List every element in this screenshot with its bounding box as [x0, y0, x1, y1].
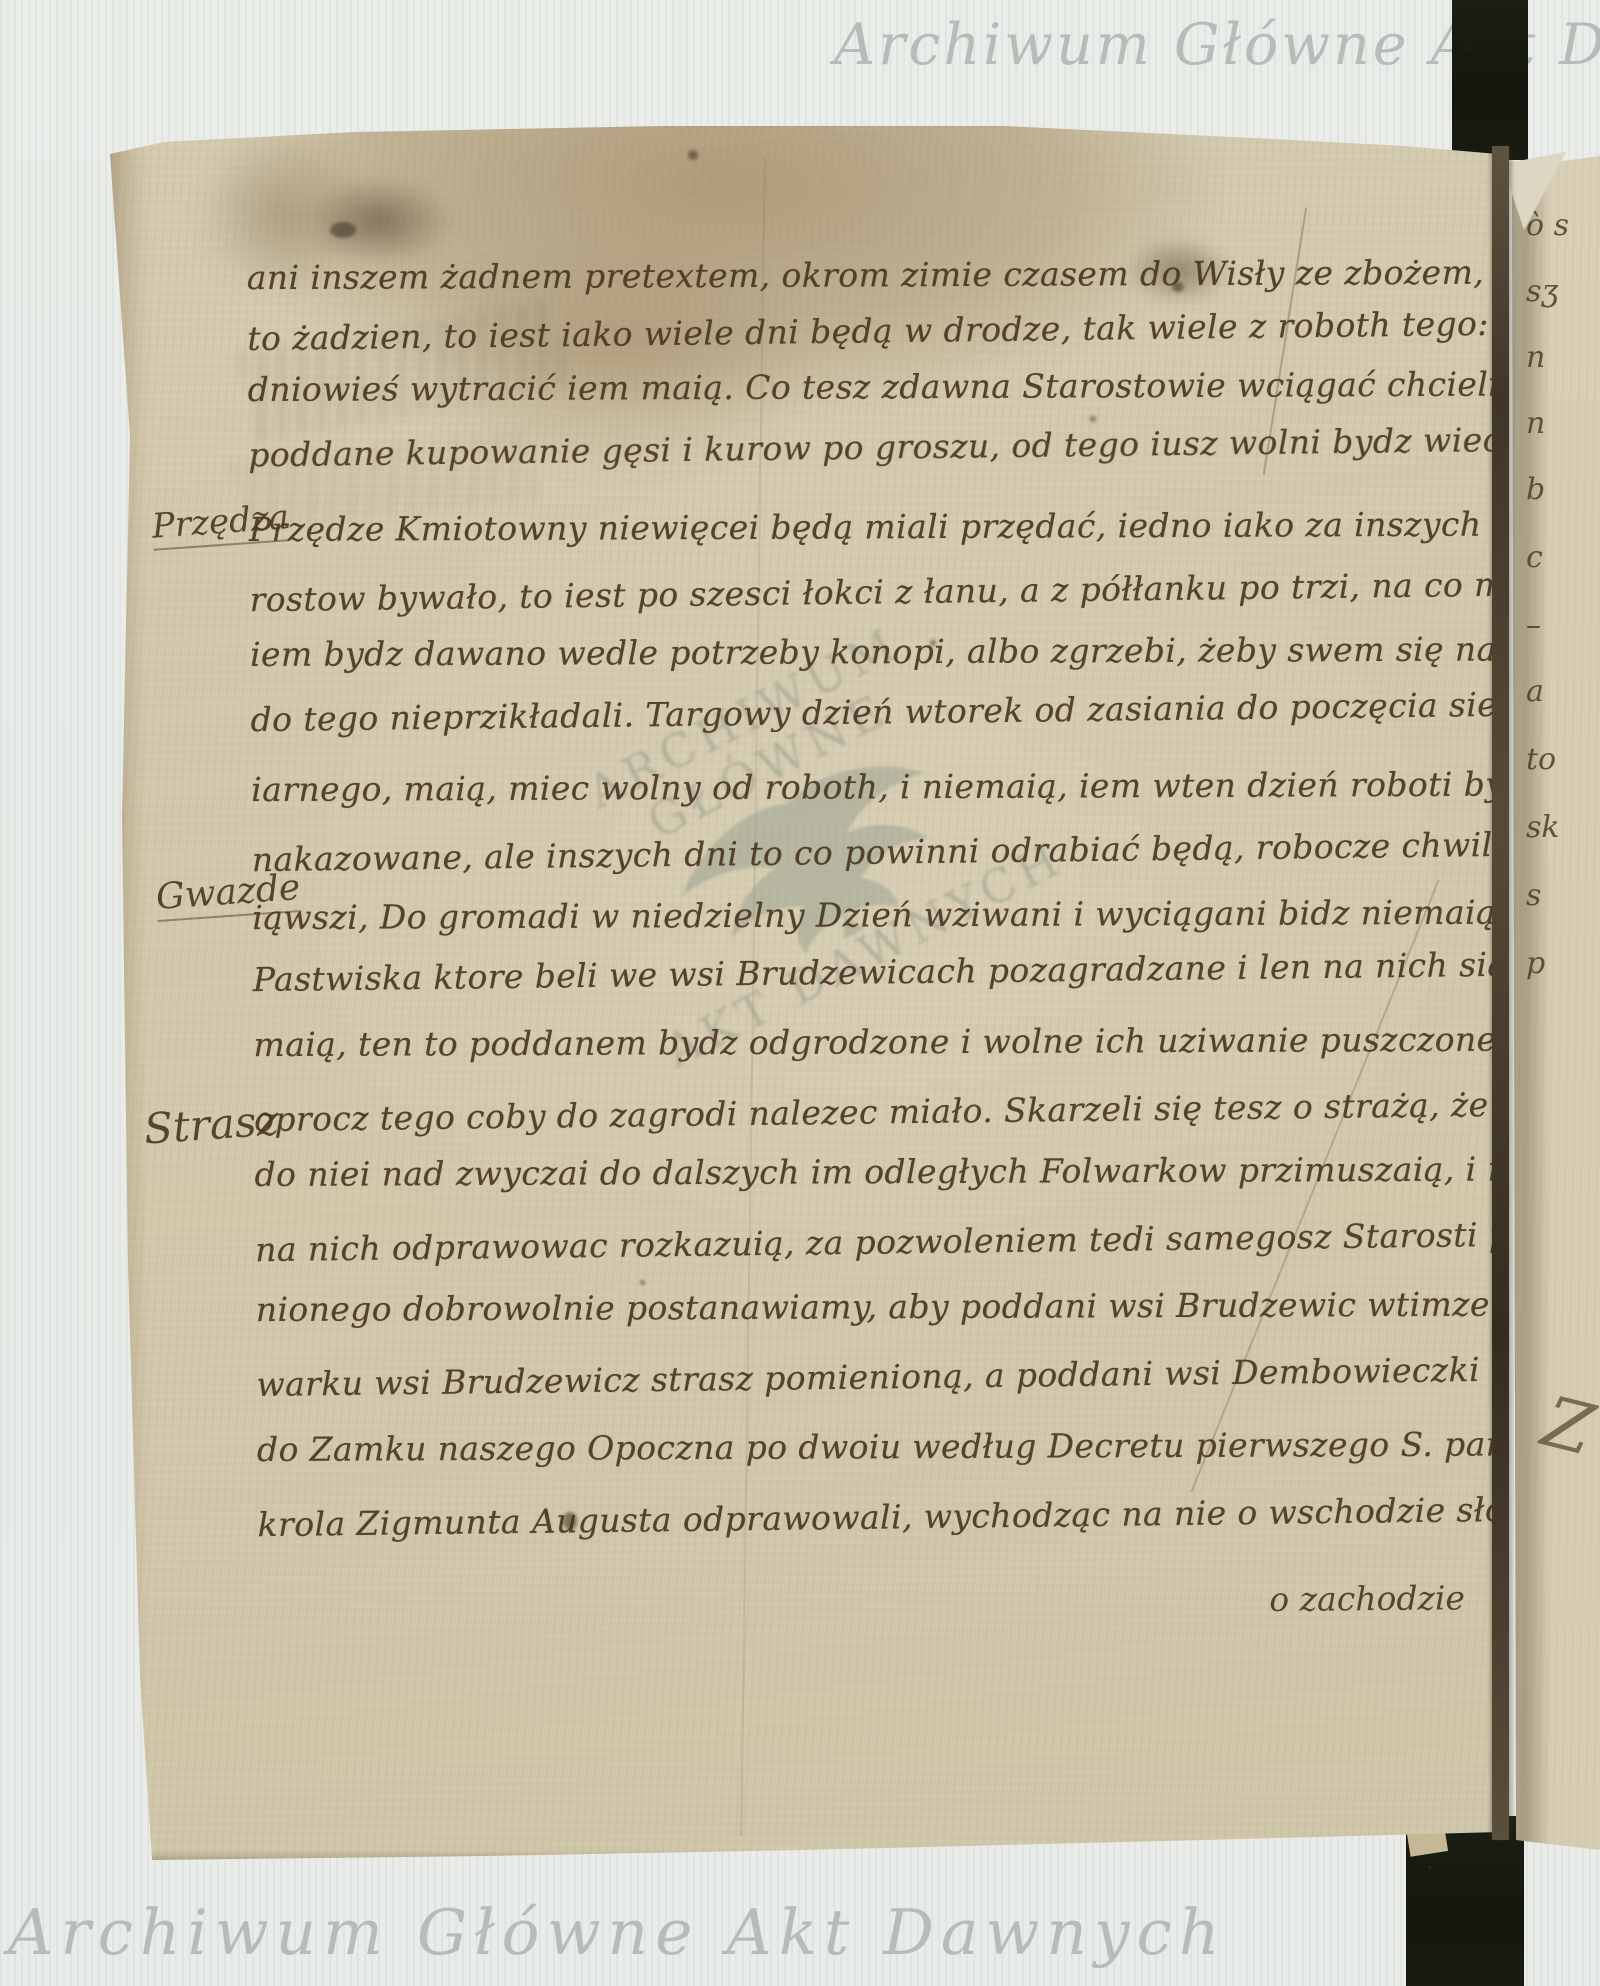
manuscript-line: poddane kupowanie gęsi i kurow po groszu… — [248, 418, 1600, 474]
next-page-edge: ò s sʒ n n b c – a to sk s p Z — [1510, 150, 1600, 1850]
manuscript-line: rostow bywało, to iest po szesci łokci z… — [249, 564, 1557, 619]
manuscript-line: Przędze Kmiotowny niewięcei będą miali p… — [249, 504, 1561, 549]
next-page-text-fragment: a — [1526, 674, 1544, 709]
next-page-text-fragment: to — [1526, 742, 1556, 777]
next-page-text-fragment: sʒ — [1526, 274, 1558, 309]
manuscript-line: krola Zigmunta Augusta odprawowali, wych… — [257, 1489, 1600, 1544]
manuscript-line: nionego dobrowolnie postanawiamy, aby po… — [256, 1284, 1554, 1329]
next-page-text-fragment: b — [1526, 472, 1545, 507]
manuscript-line: iarnego, maią, miec wolny od roboth, i n… — [251, 764, 1543, 809]
manuscript-line: warku wsi Brudzewicz strasz pomienioną, … — [256, 1350, 1480, 1404]
catchword: o zachodzie — [1269, 1578, 1465, 1619]
next-page-flourish: Z — [1535, 1380, 1600, 1471]
next-page-text-fragment: sk — [1526, 810, 1560, 845]
manuscript-line: maią, ten to poddanem bydz odgrodzone i … — [253, 1020, 1496, 1064]
handwritten-text-block: ani inszem żadnem pretextem, okrom zimie… — [96, 110, 1519, 1870]
manuscript-line: do tego nieprzikładali. Targowy dzień wt… — [250, 684, 1547, 739]
next-page-text-fragment: n — [1526, 340, 1545, 375]
manuscript-line: dniowieś wytracić iem maią. Co tesz zdaw… — [248, 364, 1552, 409]
manuscript-line: iąwszi, Do gromadi w niedzielny Dzień wz… — [252, 893, 1507, 937]
manuscript-line: oprocz tego coby do zagrodi nalezec miał… — [254, 1084, 1531, 1139]
manuscript-line: to żadzien, to iest iako wiele dni będą … — [247, 304, 1489, 358]
next-page-text-fragment: n — [1526, 406, 1545, 441]
manuscript-line: iem bydz dawano wedle potrzeby konopi, a… — [250, 629, 1592, 674]
next-page-text-fragment: p — [1526, 946, 1545, 981]
manuscript-line: do Zamku naszego Opoczna po dwoiu według… — [257, 1424, 1578, 1469]
manuscript-line: do niei nad zwyczai do dalszych im odleg… — [255, 1149, 1591, 1194]
archival-scan-page: { "watermark": { "text": "Archiwum Główn… — [0, 0, 1600, 1986]
next-page-text-fragment: c — [1526, 540, 1543, 575]
binding-gutter-crease — [1492, 146, 1509, 1840]
next-page-text-fragment: – — [1526, 608, 1541, 643]
manuscript-line: na nich odprawowac rozkazuią, za pozwole… — [255, 1214, 1600, 1269]
binding-tape-top — [1452, 0, 1528, 160]
archive-watermark-bottom: Archiwum Główne Akt Dawnych — [8, 1896, 1226, 1969]
manuscript-line: Pastwiska ktore beli we wsi Brudzewicach… — [253, 944, 1530, 999]
manuscript-page: ARCHIWUM GŁÓWNE AKT DAWNYCH Przędza Gwaz… — [104, 116, 1512, 1864]
next-page-text-fragment: s — [1526, 878, 1541, 913]
manuscript-line: ani inszem żadnem pretextem, okrom zimie… — [247, 253, 1506, 297]
manuscript-line: nakazowane, ale inszych dni to co powinn… — [252, 824, 1594, 879]
